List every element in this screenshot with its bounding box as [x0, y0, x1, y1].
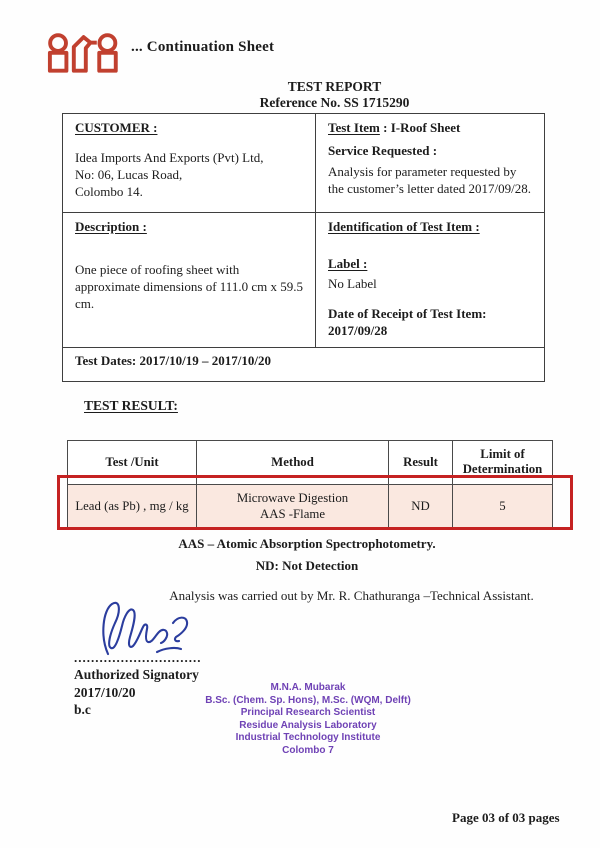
iti-logo-icon	[47, 26, 127, 78]
test-unit-cell: Lead (as Pb) , mg / kg	[68, 485, 197, 529]
customer-section: CUSTOMER : Idea Imports And Exports (Pvt…	[63, 114, 316, 212]
report-title: TEST REPORT	[93, 79, 576, 95]
note-aas: AAS – Atomic Absorption Spectrophotometr…	[62, 536, 552, 552]
method-line-2: AAS -Flame	[260, 507, 325, 523]
info-row-2: Description : One piece of roofing sheet…	[63, 213, 544, 348]
test-item-line: Test Item : I-Roof Sheet	[328, 120, 532, 137]
authorized-signatory-label: Authorized Signatory	[74, 667, 199, 683]
customer-heading: CUSTOMER :	[75, 120, 303, 137]
page-number: Page 03 of 03 pages	[452, 810, 560, 826]
signature-initials: b.c	[74, 702, 91, 718]
service-requested-heading: Service Requested :	[328, 143, 532, 160]
service-requested-text: Analysis for parameter requested by the …	[328, 164, 532, 198]
description-section: Description : One piece of roofing sheet…	[63, 213, 316, 347]
info-row-1: CUSTOMER : Idea Imports And Exports (Pvt…	[63, 114, 544, 213]
result-cell: ND	[389, 485, 453, 529]
iti-logo	[47, 26, 127, 78]
label-value: No Label	[328, 276, 532, 293]
method-line-1: Microwave Digestion	[237, 491, 348, 507]
limit-cell: 5	[453, 485, 552, 529]
customer-address-line: Idea Imports And Exports (Pvt) Ltd,	[75, 150, 303, 167]
test-item-heading: Test Item	[328, 120, 380, 135]
stamp-line-qualifications: B.Sc. (Chem. Sp. Hons), M.Sc. (WQM, Delf…	[183, 695, 433, 708]
test-dates: Test Dates: 2017/10/19 – 2017/10/20	[63, 348, 544, 381]
customer-address-line: No: 06, Lucas Road,	[75, 167, 303, 184]
stamp-line-city: Colombo 7	[183, 745, 433, 758]
limit-header: Limit of Determination	[453, 441, 552, 485]
test-result-heading: TEST RESULT:	[84, 398, 178, 414]
identification-heading: Identification of Test Item :	[328, 219, 532, 236]
description-heading: Description :	[75, 219, 303, 236]
test-item-value: : I-Roof Sheet	[380, 120, 461, 135]
customer-address-line: Colombo 14.	[75, 184, 303, 201]
stamp-line-name: M.N.A. Mubarak	[183, 682, 433, 695]
test-item-section: Test Item : I-Roof Sheet Service Request…	[316, 114, 544, 212]
method-header: Method	[197, 441, 389, 485]
identification-section: Identification of Test Item : Label : No…	[316, 213, 544, 347]
continuation-sheet-label: ... Continuation Sheet	[131, 39, 274, 56]
official-stamp: M.N.A. Mubarak B.Sc. (Chem. Sp. Hons), M…	[183, 682, 433, 757]
test-unit-header: Test /Unit	[68, 441, 197, 485]
result-table: Test /Unit Method Result Limit of Determ…	[67, 440, 553, 530]
result-header: Result	[389, 441, 453, 485]
note-nd: ND: Not Detection	[62, 558, 552, 574]
stamp-line-designation: Principal Research Scientist	[183, 707, 433, 720]
description-text: One piece of roofing sheet with approxim…	[75, 262, 303, 313]
dotted-signature-line: ..............................	[74, 650, 202, 666]
reference-number: Reference No. SS 1715290	[93, 95, 576, 111]
stamp-line-institute: Industrial Technology Institute	[183, 732, 433, 745]
stamp-line-laboratory: Residue Analysis Laboratory	[183, 720, 433, 733]
test-report-page: ... Continuation Sheet TEST REPORT Refer…	[0, 0, 600, 848]
title-block: TEST REPORT Reference No. SS 1715290	[93, 79, 576, 112]
info-table: CUSTOMER : Idea Imports And Exports (Pvt…	[62, 113, 545, 382]
signature-date: 2017/10/20	[74, 685, 136, 701]
label-heading: Label :	[328, 256, 532, 273]
date-of-receipt: Date of Receipt of Test Item: 2017/09/28	[328, 306, 538, 340]
method-cell: Microwave Digestion AAS -Flame	[197, 485, 389, 529]
